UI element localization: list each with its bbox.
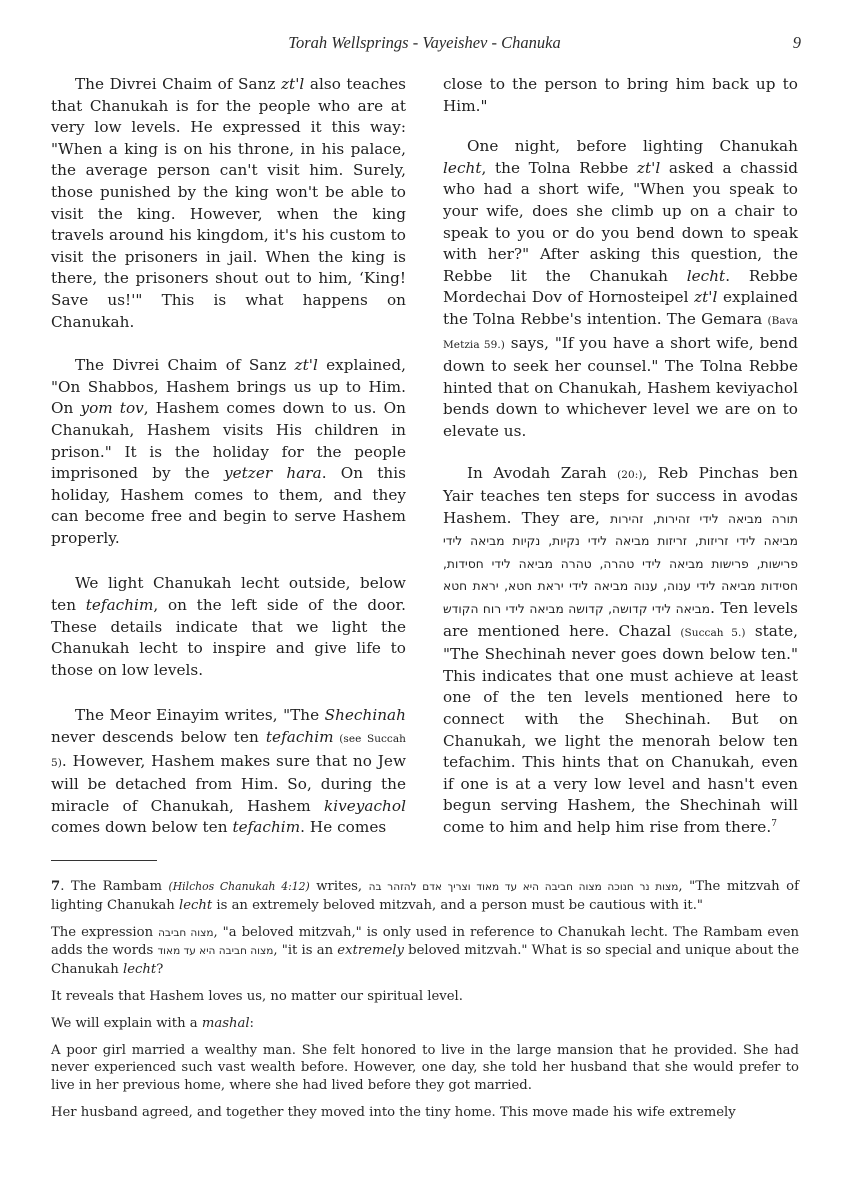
footnote-marker[interactable]: 7 xyxy=(771,819,777,829)
text: . He comes xyxy=(300,818,386,836)
text: writes, xyxy=(310,879,369,894)
paragraph-meor-einayim: The Meor Einayim writes, "The Shechinah … xyxy=(51,705,406,839)
right-column: close to the person to bring him back up… xyxy=(443,74,798,861)
term: lecht xyxy=(443,159,482,177)
text: The Divrei Chaim of Sanz xyxy=(75,356,295,374)
text: state, "The Shechinah never goes down be… xyxy=(443,622,798,836)
text: One night, before lighting Chanukah xyxy=(467,137,798,155)
footnote-7: 7. The Rambam (Hilchos Chanukah 4:12) wr… xyxy=(51,878,799,915)
term: tefachim xyxy=(232,818,300,836)
source-reference: (Hilchos Chanukah 4:12) xyxy=(169,880,310,893)
text: The expression xyxy=(51,925,158,940)
footnote-paragraph-husband-agreed: Her husband agreed, and together they mo… xyxy=(51,1104,799,1122)
page-number: 9 xyxy=(793,33,801,53)
text: is an extremely beloved mitzvah, and a p… xyxy=(212,898,703,913)
text: We will explain with a xyxy=(51,1016,202,1031)
running-header-title: Torah Wellsprings - Vayeishev - Chanuka xyxy=(0,33,849,53)
term: lecht xyxy=(123,962,156,977)
footnote-paragraph-reveals: It reveals that Hashem loves us, no matt… xyxy=(51,988,799,1006)
paragraph-tolna-rebbe: One night, before lighting Chanukah lech… xyxy=(443,136,798,442)
text: never descends below ten xyxy=(51,728,266,746)
paragraph-light-outside: We light Chanukah lecht outside, below t… xyxy=(51,573,406,681)
hebrew-quote: מצוה חביבה היא עד מאוד xyxy=(157,945,273,957)
text: comes down below ten xyxy=(51,818,232,836)
text: ? xyxy=(156,962,163,977)
term: lecht xyxy=(687,267,726,285)
footnote-paragraph-mashal-intro: We will explain with a mashal: xyxy=(51,1015,799,1033)
term: mashal xyxy=(202,1016,250,1031)
paragraph-continued: close to the person to bring him back up… xyxy=(443,74,798,117)
footnote-number: 7 xyxy=(51,879,60,894)
text: The Divrei Chaim of Sanz xyxy=(75,75,281,93)
honorific: zt'l xyxy=(637,159,660,177)
source-reference: (Succah 5.) xyxy=(680,627,745,639)
term: Shechinah xyxy=(325,706,406,724)
term: yetzer hara xyxy=(224,464,322,482)
honorific: zt'l xyxy=(281,75,304,93)
paragraph-divrei-chaim-king: The Divrei Chaim of Sanz zt'l also teach… xyxy=(51,74,406,333)
paragraph-divrei-chaim-shabbos: The Divrei Chaim of Sanz zt'l explained,… xyxy=(51,355,406,549)
footnote-paragraph-expression: The expression מצוה חביבה, "a beloved mi… xyxy=(51,924,799,979)
text: also teaches that Chanukah is for the pe… xyxy=(51,75,406,331)
text: . The Rambam xyxy=(60,879,168,894)
term: tefachim xyxy=(86,596,154,614)
text: , the Tolna Rebbe xyxy=(482,159,637,177)
honorific: zt'l xyxy=(694,288,717,306)
hebrew-quote: מצות נר חנוכה מצוה חביבה היא עד מאוד וצר… xyxy=(369,881,679,893)
term: lecht xyxy=(179,898,212,913)
text: : xyxy=(250,1016,254,1031)
text: , "it is an xyxy=(273,943,337,958)
text: In Avodah Zarah xyxy=(467,464,617,482)
term: tefachim xyxy=(266,728,334,746)
term: yom tov xyxy=(80,399,143,417)
term: kiveyachol xyxy=(324,797,406,815)
honorific: zt'l xyxy=(295,356,318,374)
footnotes-section: 7. The Rambam (Hilchos Chanukah 4:12) wr… xyxy=(51,878,799,1131)
footnote-separator xyxy=(51,860,157,861)
footnote-paragraph-poor-girl: A poor girl married a wealthy man. She f… xyxy=(51,1042,799,1095)
left-column: The Divrei Chaim of Sanz zt'l also teach… xyxy=(51,74,406,861)
emphasis: extremely xyxy=(337,943,404,958)
hebrew-quote: מצוה חביבה xyxy=(158,927,213,939)
running-header: Torah Wellsprings - Vayeishev - Chanuka … xyxy=(0,33,849,57)
source-reference: (20:) xyxy=(617,469,642,481)
paragraph-avodah-zarah: In Avodah Zarah (20:), Reb Pinchas ben Y… xyxy=(443,463,798,839)
text: The Meor Einayim writes, "The xyxy=(75,706,325,724)
